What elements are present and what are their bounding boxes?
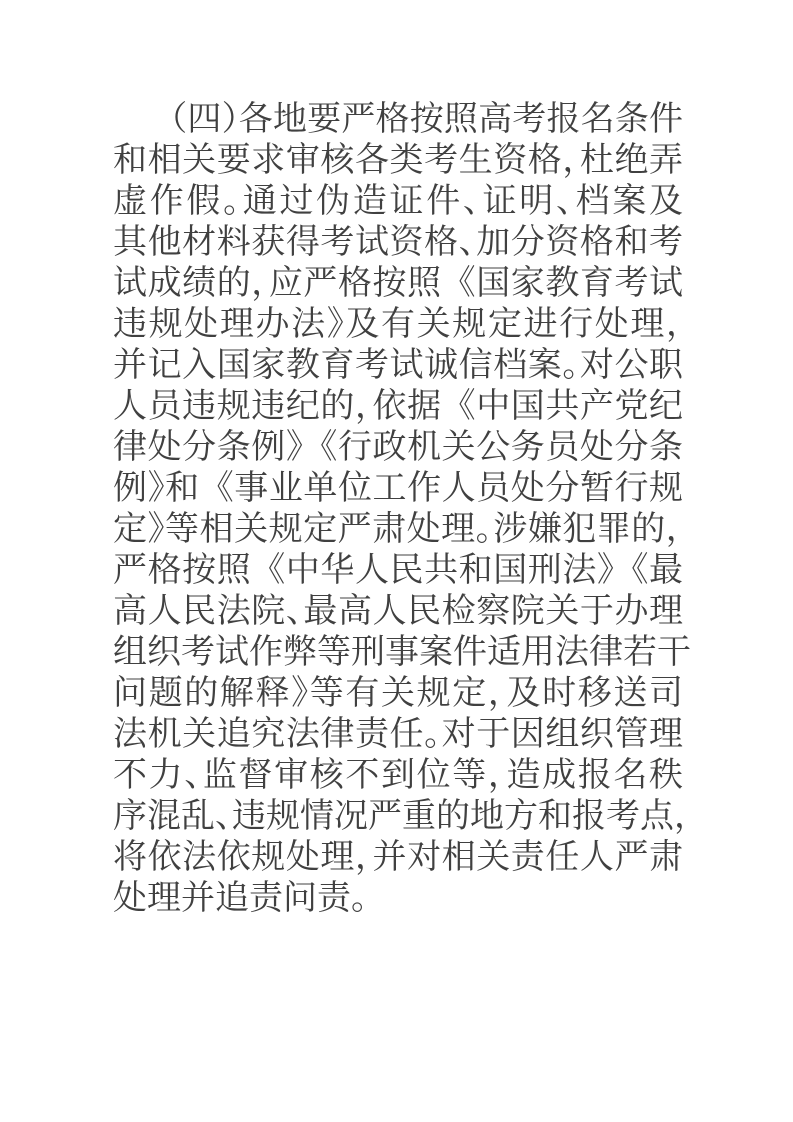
text-line: 将依法依规处理，并对相关责任人严肃 <box>113 837 683 878</box>
text-line: 严格按照《中华人民共和国刑法》《最 <box>113 550 683 591</box>
text-line: 问题的解释》等有关规定，及时移送司 <box>113 673 683 714</box>
text-line: 和相关要求审核各类考生资格，杜绝弄 <box>113 140 683 181</box>
text-line: 组织考试作弊等刑事案件适用法律若干 <box>113 632 683 673</box>
text-line: 虚作假。通过伪造证件、证明、档案及 <box>113 181 683 222</box>
text-line: 试成绩的，应严格按照《国家教育考试 <box>113 263 683 304</box>
text-line: 处理并追责问责。 <box>113 878 683 919</box>
text-line: 高人民法院、最高人民检察院关于办理 <box>113 591 683 632</box>
document-page: （四）各地要严格按照高考报名条件和相关要求审核各类考生资格，杜绝弄虚作假。通过伪… <box>0 0 793 1122</box>
text-line: 定》等相关规定严肃处理。涉嫌犯罪的， <box>113 509 683 550</box>
text-line: 例》和《事业单位工作人员处分暂行规 <box>113 468 683 509</box>
text-line: 人员违规违纪的，依据《中国共产党纪 <box>113 386 683 427</box>
text-line: 不力、监督审核不到位等，造成报名秩 <box>113 755 683 796</box>
body-paragraph: （四）各地要严格按照高考报名条件和相关要求审核各类考生资格，杜绝弄虚作假。通过伪… <box>113 99 683 919</box>
text-line: 序混乱、违规情况严重的地方和报考点， <box>113 796 683 837</box>
text-line: 其他材料获得考试资格、加分资格和考 <box>113 222 683 263</box>
text-line: 法机关追究法律责任。对于因组织管理 <box>113 714 683 755</box>
text-line: （四）各地要严格按照高考报名条件 <box>113 99 683 140</box>
text-line: 并记入国家教育考试诚信档案。对公职 <box>113 345 683 386</box>
text-line: 违规处理办法》及有关规定进行处理， <box>113 304 683 345</box>
paragraph-indent <box>113 119 153 120</box>
text-line: 律处分条例》《行政机关公务员处分条 <box>113 427 683 468</box>
